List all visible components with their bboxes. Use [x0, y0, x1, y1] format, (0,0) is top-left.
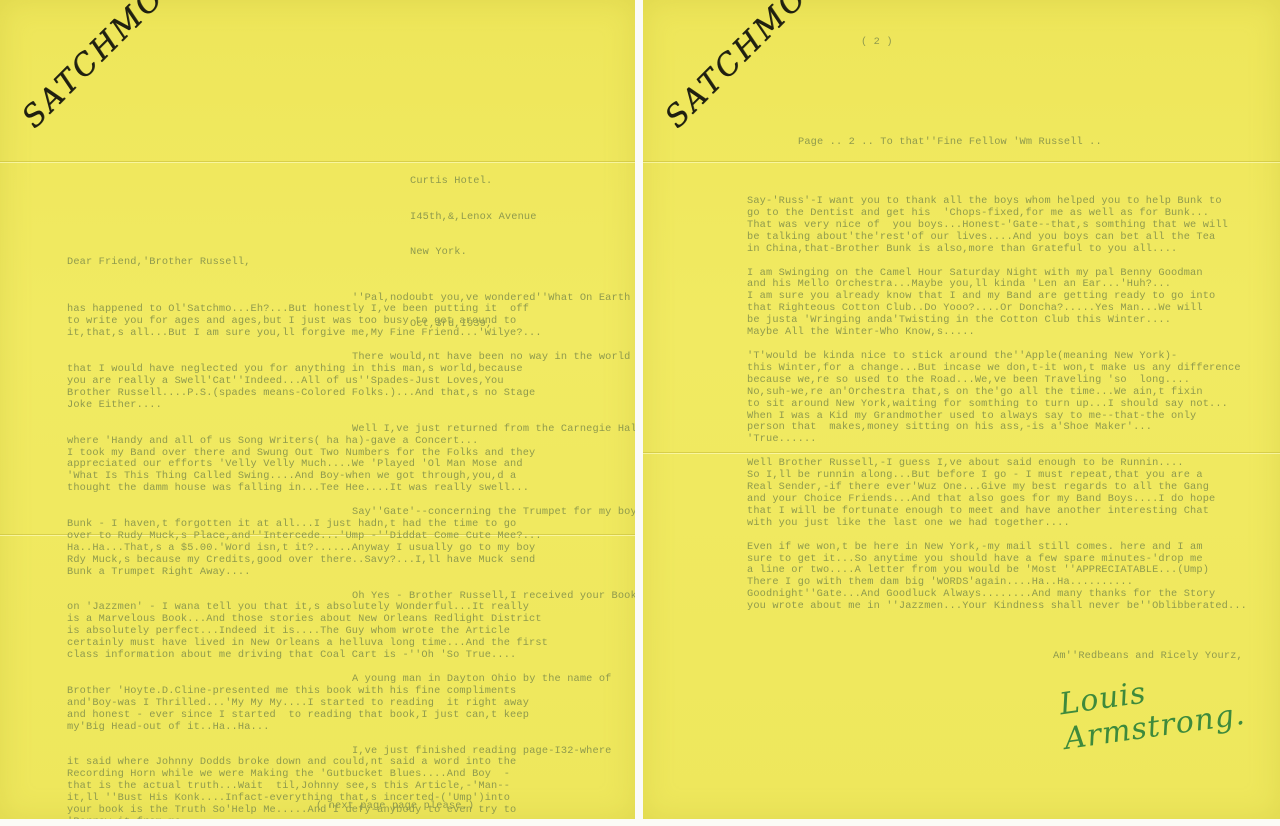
salutation: Dear Friend,'Brother Russell, — [67, 257, 635, 269]
typed-line: to sit around New York,waiting for somth… — [747, 399, 1247, 411]
closing-line: Am''Redbeans and Ricely Yourz, — [1053, 651, 1243, 663]
typed-line: where 'Handy and all of us Song Writers(… — [67, 436, 635, 448]
typed-line: this Winter,for a change...But incase we… — [747, 363, 1247, 375]
letterhead-satchmo: SATCHMO — [15, 0, 171, 135]
typed-line: person that makes,money sitting on his a… — [747, 422, 1247, 434]
letterhead-satchmo: SATCHMO — [658, 0, 814, 135]
page-number: ( 2 ) — [861, 37, 893, 49]
typed-line: That was very nice of you boys...Honest-… — [747, 220, 1247, 232]
typed-line: you wrote about me in ''Jazzmen...Your K… — [747, 601, 1247, 613]
next-page-note: ( next page page please.) — [316, 801, 474, 813]
typed-line: it,that,s all...But I am sure you,ll for… — [67, 328, 635, 340]
page-2-header: Page .. 2 .. To that''Fine Fellow 'Wm Ru… — [798, 137, 1102, 149]
typed-line: Brother Russell....P.S.(spades means-Col… — [67, 388, 635, 400]
typed-line: my'Big Head-out of it..Ha..Ha... — [67, 722, 635, 734]
typed-line: Ha..Ha...That,s a $5.00.'Word isn,t it?.… — [67, 543, 635, 555]
typed-line: because we,re so used to the Road...We,v… — [747, 375, 1247, 387]
typed-line: Rdy Muck,s because my Credits,good over … — [67, 555, 635, 567]
typed-line: 'Borrow it from me...... — [67, 817, 635, 819]
letter-body-page-2: Say-'Russ'-I want you to thank all the b… — [747, 196, 1247, 613]
typed-line: No,suh-we,re an'Orchestra that,s on the'… — [747, 387, 1247, 399]
paper-fold-line — [643, 161, 1280, 162]
letter-body-page-1: Dear Friend,'Brother Russell, ''Pal,nodo… — [67, 233, 635, 819]
typed-line: and honest - ever since I started to rea… — [67, 710, 635, 722]
typed-line: 'True...... — [747, 434, 1247, 446]
typed-line: in China,that-Brother Bunk is also,more … — [747, 244, 1247, 256]
typed-line: with you just like the last one we had t… — [747, 518, 1247, 530]
typed-line: Maybe All the Winter-Who Know,s..... — [747, 327, 1247, 339]
letter-page-2: SATCHMO ( 2 ) Page .. 2 .. To that''Fine… — [643, 0, 1280, 819]
typed-line: thought the damm house was falling in...… — [67, 483, 635, 495]
typed-line: Bunk a Trumpet Right Away.... — [67, 567, 635, 579]
signature-louis-armstrong: Louis Armstrong. — [1057, 657, 1280, 757]
typed-line: Even if we won,t be here in New York,-my… — [747, 542, 1247, 554]
typed-line: and'Boy-was I Thrilled...'My My My....I … — [67, 698, 635, 710]
typed-line: Joke Either.... — [67, 400, 635, 412]
typed-line: that I will be fortunate enough to meet … — [747, 506, 1247, 518]
typed-line: class information about me driving that … — [67, 650, 635, 662]
typed-line: be talking about'the'rest'of our lives..… — [747, 232, 1247, 244]
paragraph-opening-line: Well I,ve just returned from the Carnegi… — [67, 424, 635, 436]
letter-page-1: SATCHMO Curtis Hotel. I45th,&,Lenox Aven… — [0, 0, 635, 819]
paper-fold-line — [0, 161, 635, 162]
